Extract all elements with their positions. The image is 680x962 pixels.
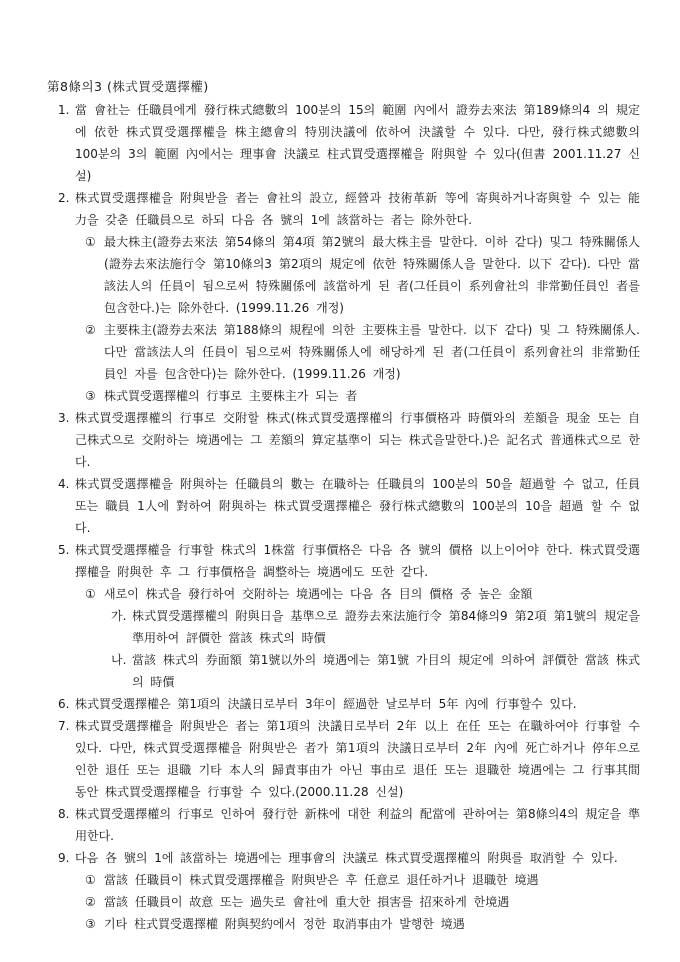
- item-number: 6.: [58, 693, 75, 715]
- item-text: 株式買受選擇權의 行事로 交附할 株式(株式買受選擇權의 行事價格과 時價와의 …: [75, 407, 640, 473]
- circled-number: ③: [85, 913, 104, 935]
- item-text: 當該 任職員이 株式買受選擇權을 附與받은 후 任意로 退任하거나 退職한 境遇: [104, 869, 640, 891]
- item-text: 株式買受選擇權을 行事할 株式의 1株當 行事價格은 다음 各 號의 價格 以上…: [75, 539, 640, 583]
- item-number: 4.: [58, 473, 75, 539]
- item-text: 株式買受選擇權을 附與하는 任職員의 數는 在職하는 任職員의 100분의 50…: [75, 473, 640, 539]
- article-item-9: 9. 다음 各 號의 1에 該當하는 境遇에는 理事會의 決議로 株式買受選擇權…: [58, 847, 640, 869]
- item-number: 1.: [58, 99, 75, 187]
- item-text: 當該 任職員이 故意 또는 過失로 會社에 重大한 損害를 招來하게 한境遇: [104, 891, 640, 913]
- article-item-2-sub-1: ① 最大株主(證券去來法 第54條의 第4項 第2號의 最大株主를 말한다. 이…: [85, 231, 640, 319]
- circled-number: ①: [85, 583, 104, 605]
- article-item-9-sub-2: ② 當該 任職員이 故意 또는 過失로 會社에 重大한 損害를 招來하게 한境遇: [85, 891, 640, 913]
- item-text: 主要株主(證券去來法 第188條의 規程에 의한 主要株主를 말한다. 以下 같…: [104, 319, 640, 385]
- item-text: 株式買受選擇權을 附與받을 者는 會社의 設立, 經營과 技術革新 等에 寄與하…: [75, 187, 640, 231]
- article-item-8: 8. 株式買受選擇權의 行事로 인하여 發行한 新株에 대한 利益의 配當에 관…: [58, 803, 640, 847]
- hangul-letter-number: 가.: [111, 605, 132, 649]
- article-item-5-sub-1-ga: 가. 株式買受選擇權의 附與日을 基準으로 證券去來法施行令 第84條의9 第2…: [111, 605, 640, 649]
- item-text: 株式買受選擇權의 行事로 主要株主가 되는 者: [104, 385, 640, 407]
- item-text: 새로이 株式을 發行하여 交附하는 境遇에는 다음 各 目의 價格 중 높은 金…: [104, 583, 640, 605]
- article-item-5-sub-1-na: 나. 當該 株式의 券面額 第1號以外의 境遇에는 第1號 가目의 規定에 의하…: [111, 649, 640, 693]
- item-number: 2.: [58, 187, 75, 231]
- circled-number: ②: [85, 319, 104, 385]
- article-item-6: 6. 株式買受選擇權은 第1項의 決議日로부터 3年이 經過한 날로부터 5年 …: [58, 693, 640, 715]
- item-text: 株式買受選擇權의 附與日을 基準으로 證券去來法施行令 第84條의9 第2項 第…: [132, 605, 640, 649]
- item-text: 株式買受選擇權의 行事로 인하여 發行한 新株에 대한 利益의 配當에 관하여는…: [75, 803, 640, 847]
- item-text: 最大株主(證券去來法 第54條의 第4項 第2號의 最大株主를 말한다. 이하 …: [104, 231, 640, 319]
- item-text: 기타 柱式買受選擇權 附與契約에서 정한 取消事由가 발행한 境遇: [104, 913, 640, 935]
- article-item-5-sub-1: ① 새로이 株式을 發行하여 交附하는 境遇에는 다음 各 目의 價格 중 높은…: [85, 583, 640, 605]
- article-item-9-sub-3: ③ 기타 柱式買受選擇權 附與契約에서 정한 取消事由가 발행한 境遇: [85, 913, 640, 935]
- item-number: 3.: [58, 407, 75, 473]
- item-text: 株式買受選擇權은 第1項의 決議日로부터 3年이 經過한 날로부터 5年 內에 …: [75, 693, 640, 715]
- item-text: 當 會社는 任職員에게 發行株式總數의 100분의 15의 範圍 內에서 證券去…: [75, 99, 640, 187]
- item-number: 9.: [58, 847, 75, 869]
- circled-number: ②: [85, 891, 104, 913]
- article-item-3: 3. 株式買受選擇權의 行事로 交附할 株式(株式買受選擇權의 行事價格과 時價…: [58, 407, 640, 473]
- article-item-7: 7. 株式買受選擇權을 附與받은 者는 第1項의 決議日로부터 2年 以上 在任…: [58, 715, 640, 803]
- article-title: 第8條의3 (株式買受選擇權): [47, 76, 640, 98]
- article-item-1: 1. 當 會社는 任職員에게 發行株式總數의 100분의 15의 範圍 內에서 …: [58, 99, 640, 187]
- article-item-4: 4. 株式買受選擇權을 附與하는 任職員의 數는 在職하는 任職員의 100분의…: [58, 473, 640, 539]
- circled-number: ①: [85, 231, 104, 319]
- item-number: 5.: [58, 539, 75, 583]
- document-page: 第8條의3 (株式買受選擇權) 1. 當 會社는 任職員에게 發行株式總數의 1…: [0, 0, 680, 962]
- article-item-2-sub-3: ③ 株式買受選擇權의 行事로 主要株主가 되는 者: [85, 385, 640, 407]
- hangul-letter-number: 나.: [111, 649, 132, 693]
- circled-number: ③: [85, 385, 104, 407]
- item-text: 株式買受選擇權을 附與받은 者는 第1項의 決議日로부터 2年 以上 在任 또는…: [75, 715, 640, 803]
- article-item-2: 2. 株式買受選擇權을 附與받을 者는 會社의 設立, 經營과 技術革新 等에 …: [58, 187, 640, 231]
- article-item-2-sub-2: ② 主要株主(證券去來法 第188條의 規程에 의한 主要株主를 말한다. 以下…: [85, 319, 640, 385]
- circled-number: ①: [85, 869, 104, 891]
- item-text: 다음 各 號의 1에 該當하는 境遇에는 理事會의 決議로 株式買受選擇權의 附…: [75, 847, 640, 869]
- item-number: 7.: [58, 715, 75, 803]
- item-number: 8.: [58, 803, 75, 847]
- item-text: 當該 株式의 券面額 第1號以外의 境遇에는 第1號 가目의 規定에 의하여 評…: [132, 649, 640, 693]
- article-item-5: 5. 株式買受選擇權을 行事할 株式의 1株當 行事價格은 다음 各 號의 價格…: [58, 539, 640, 583]
- article-item-9-sub-1: ① 當該 任職員이 株式買受選擇權을 附與받은 후 任意로 退任하거나 退職한 …: [85, 869, 640, 891]
